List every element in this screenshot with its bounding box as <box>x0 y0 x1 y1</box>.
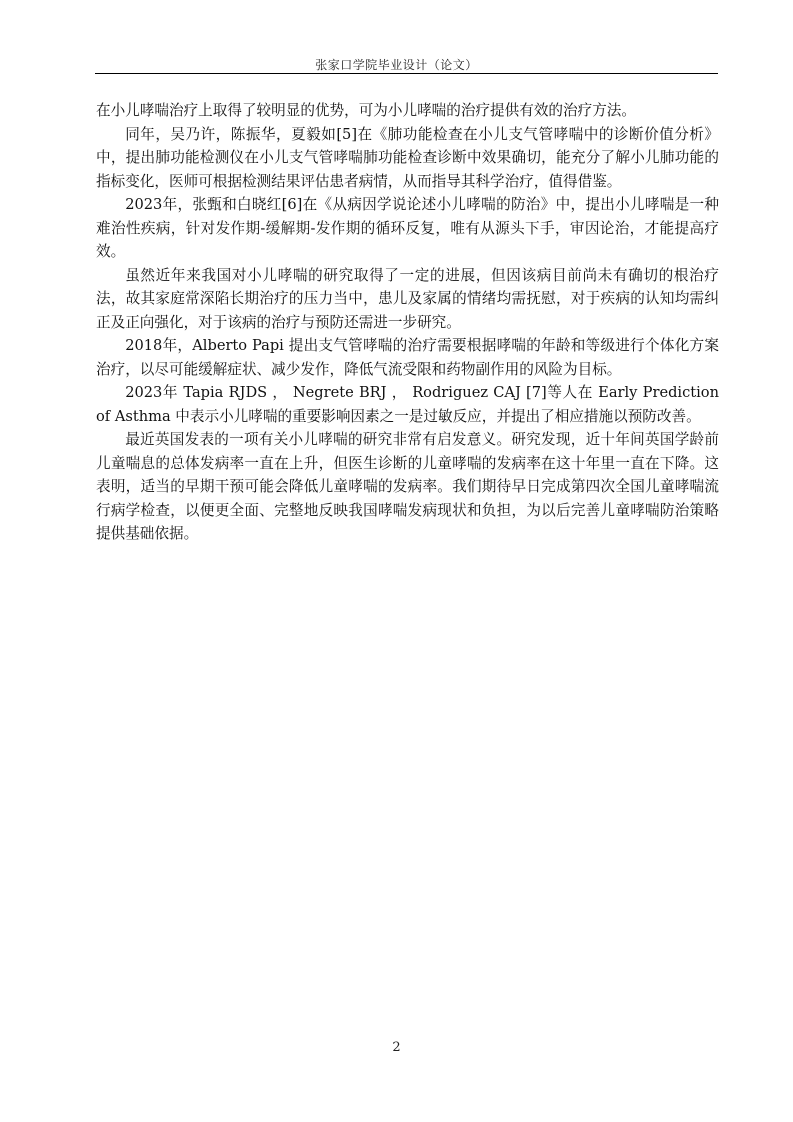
paragraph-tapia-study: 2023年 Tapia RJDS ， Negrete BRJ ， Rodrigu… <box>96 381 719 428</box>
header-divider <box>95 73 718 74</box>
page-header-title: 张家口学院毕业设计（论文） <box>0 56 793 73</box>
paragraph-etiology-study: 2023年，张甄和白晓红[6]在《从病因学说论述小儿哮喘的防治》中，提出小儿哮喘… <box>96 193 719 264</box>
document-body: 在小儿哮喘治疗上取得了较明显的优势，可为小儿哮喘的治疗提供有效的治疗方法。 同年… <box>96 99 719 546</box>
page-number: 2 <box>0 1040 793 1055</box>
paragraph-continuation: 在小儿哮喘治疗上取得了较明显的优势，可为小儿哮喘的治疗提供有效的治疗方法。 <box>96 99 719 123</box>
paragraph-uk-study: 最近英国发表的一项有关小儿哮喘的研究非常有启发意义。研究发现，近十年间英国学龄前… <box>96 428 719 546</box>
paragraph-lung-function-study: 同年，吴乃许，陈振华，夏毅如[5]在《肺功能检查在小儿支气管哮喘中的诊断价值分析… <box>96 123 719 194</box>
paragraph-research-progress: 虽然近年来我国对小儿哮喘的研究取得了一定的进展，但因该病目前尚未有确切的根治疗法… <box>96 264 719 335</box>
paragraph-alberto-papi: 2018年，Alberto Papi 提出支气管哮喘的治疗需要根据哮喘的年龄和等… <box>96 334 719 381</box>
